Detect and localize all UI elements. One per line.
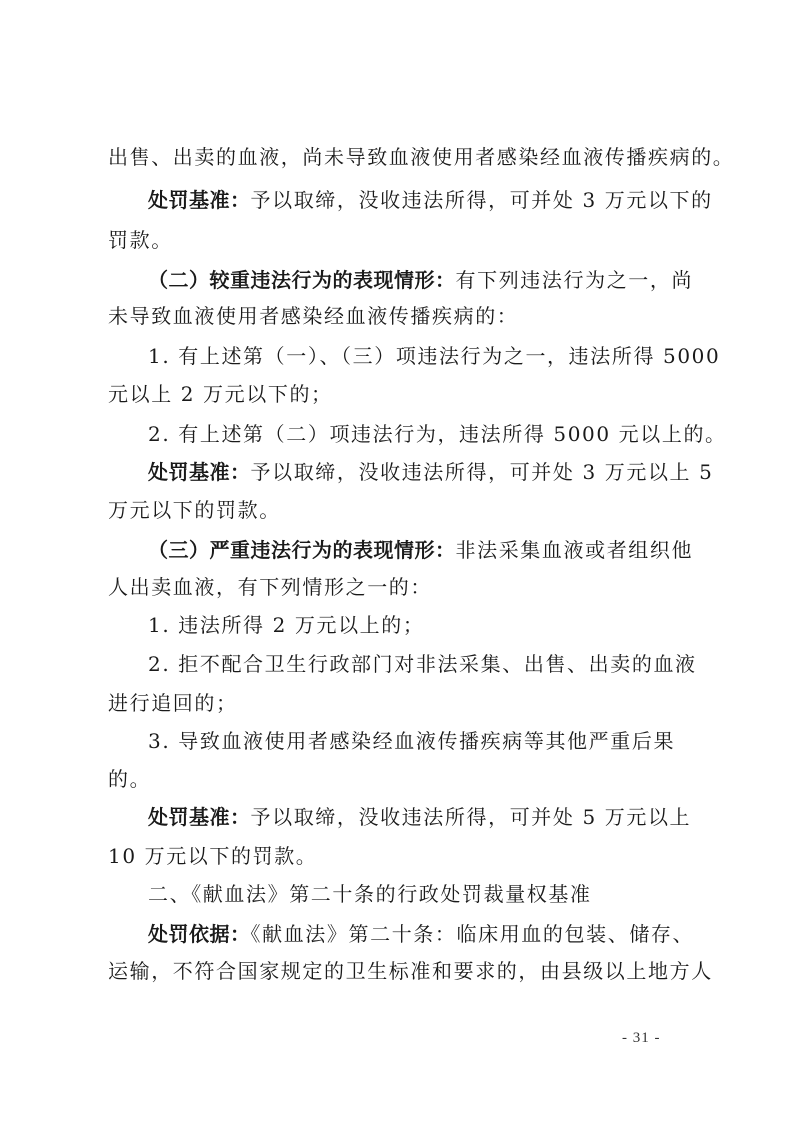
body-text: 元以上 2 万元以下的； <box>108 382 333 406</box>
text-line: （二）较重违法行为的表现情形：有下列违法行为之一，尚 <box>148 266 698 294</box>
penalty-basis-label: 处罚依据： <box>148 922 251 946</box>
section-heading-severe: （三）严重违法行为的表现情形： <box>148 538 456 562</box>
body-text: 二、《献血法》第二十条的行政处罚裁量权基准 <box>148 882 592 906</box>
list-item: 3. 导致血液使用者感染经血液传播疾病等其他严重后果 <box>148 727 698 755</box>
body-text: 罚款。 <box>108 228 173 252</box>
body-text: 1. 违法所得 2 万元以上的； <box>148 613 424 637</box>
body-text: 《献血法》第二十条：临床用血的包装、储存、 <box>251 922 695 946</box>
body-text: 进行追回的； <box>108 691 238 715</box>
penalty-standard-label: 处罚基准： <box>148 460 251 484</box>
text-line: 处罚依据：《献血法》第二十条：临床用血的包装、储存、 <box>148 920 698 948</box>
list-item: 1. 有上述第（一）、（三）项违法行为之一，违法所得 5000 <box>148 342 698 370</box>
list-item: 1. 违法所得 2 万元以上的； <box>148 611 698 639</box>
body-text: 2. 有上述第（二）项违法行为，违法所得 5000 元以上的。 <box>148 422 727 446</box>
text-line: 运输，不符合国家规定的卫生标准和要求的，由县级以上地方人 <box>108 957 698 985</box>
text-line: 处罚基准：予以取缔，没收违法所得，可并处 3 万元以上 5 <box>148 458 698 486</box>
list-item: 2. 拒不配合卫生行政部门对非法采集、出售、出卖的血液 <box>148 650 698 678</box>
body-text: 有下列违法行为之一，尚 <box>456 268 694 292</box>
section-heading-serious: （二）较重违法行为的表现情形： <box>148 268 456 292</box>
page-number: - 31 - <box>622 1030 661 1047</box>
text-line: 人出卖血液，有下列情形之一的： <box>108 573 698 601</box>
body-text: 未导致血液使用者感染经血液传播疾病的： <box>108 304 518 328</box>
body-text: 予以取缔，没收违法所得，可并处 5 万元以上 <box>251 805 692 829</box>
body-text: 予以取缔，没收违法所得，可并处 3 万元以下的 <box>251 188 713 212</box>
penalty-standard-label: 处罚基准： <box>148 188 251 212</box>
body-text: 运输，不符合国家规定的卫生标准和要求的，由县级以上地方人 <box>108 959 713 983</box>
body-text: 2. 拒不配合卫生行政部门对非法采集、出售、出卖的血液 <box>148 652 697 676</box>
section-title: 二、《献血法》第二十条的行政处罚裁量权基准 <box>148 880 698 908</box>
text-line: 进行追回的； <box>108 689 698 717</box>
text-line: 罚款。 <box>108 226 698 254</box>
penalty-standard-label: 处罚基准： <box>148 805 251 829</box>
text-line: 处罚基准：予以取缔，没收违法所得，可并处 3 万元以下的 <box>148 186 698 214</box>
body-text: 非法采集血液或者组织他 <box>456 538 694 562</box>
body-text: 1. 有上述第（一）、（三）项违法行为之一，违法所得 5000 <box>148 344 720 368</box>
text-line: （三）严重违法行为的表现情形：非法采集血液或者组织他 <box>148 536 698 564</box>
text-line: 10 万元以下的罚款。 <box>108 842 698 870</box>
body-text: 人出卖血液，有下列情形之一的： <box>108 575 432 599</box>
list-item: 2. 有上述第（二）项违法行为，违法所得 5000 元以上的。 <box>148 420 698 448</box>
document-page: 出售、出卖的血液，尚未导致血液使用者感染经血液传播疾病的。 处罚基准：予以取缔，… <box>0 0 794 1122</box>
body-text: 万元以下的罚款。 <box>108 498 281 522</box>
body-text: 10 万元以下的罚款。 <box>108 844 317 868</box>
text-line: 万元以下的罚款。 <box>108 496 698 524</box>
text-line: 出售、出卖的血液，尚未导致血液使用者感染经血液传播疾病的。 <box>108 143 698 171</box>
text-line: 元以上 2 万元以下的； <box>108 380 698 408</box>
body-text: 3. 导致血液使用者感染经血液传播疾病等其他严重后果 <box>148 729 675 753</box>
text-line: 的。 <box>108 765 698 793</box>
body-text: 予以取缔，没收违法所得，可并处 3 万元以上 5 <box>251 460 714 484</box>
text-line: 处罚基准：予以取缔，没收违法所得，可并处 5 万元以上 <box>148 803 698 831</box>
text-line: 未导致血液使用者感染经血液传播疾病的： <box>108 302 698 330</box>
body-text: 的。 <box>108 767 151 791</box>
body-text: 出售、出卖的血液，尚未导致血液使用者感染经血液传播疾病的。 <box>108 145 734 169</box>
